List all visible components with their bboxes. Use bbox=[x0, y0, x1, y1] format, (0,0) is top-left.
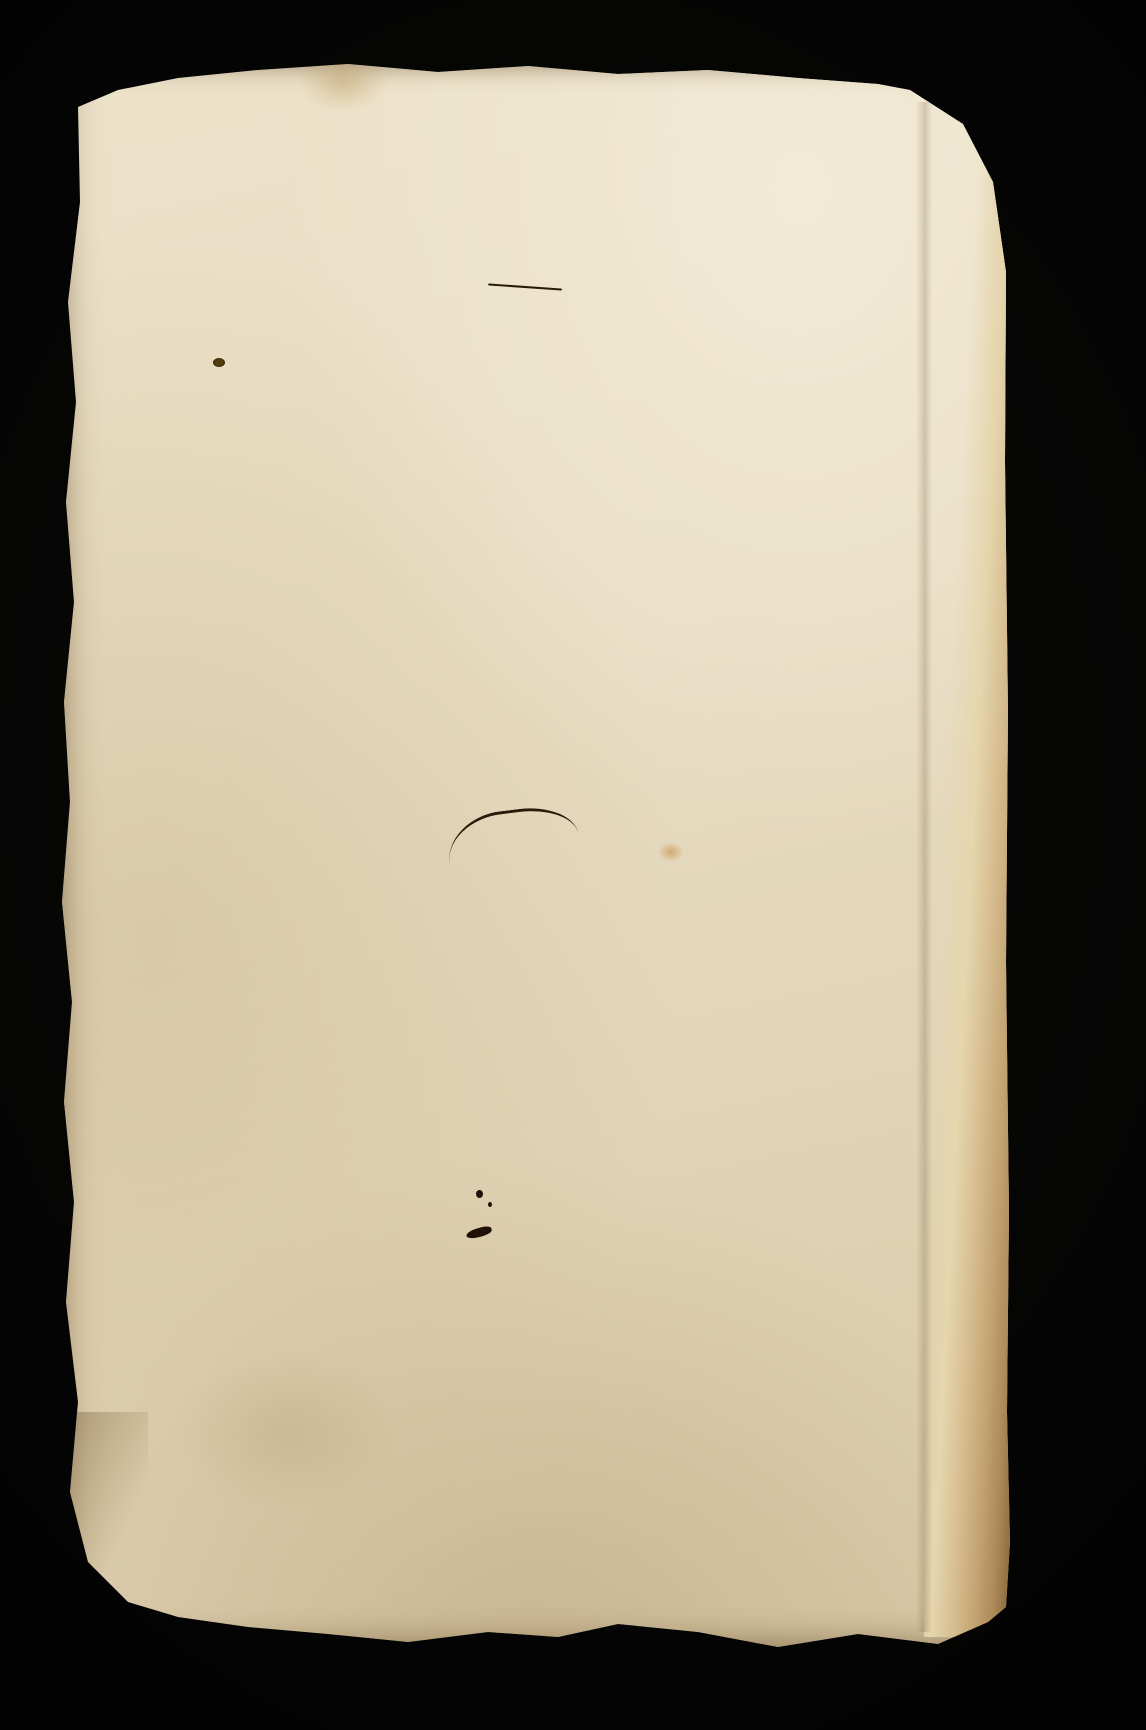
ink-bleedthrough-ghost-lines bbox=[58, 62, 1010, 1647]
ink-blot bbox=[213, 358, 225, 367]
stacked-page-edges bbox=[924, 92, 1010, 1637]
manuscript-photo bbox=[0, 0, 1146, 1730]
ink-dot bbox=[476, 1190, 483, 1198]
manuscript-page bbox=[58, 62, 1010, 1647]
page-fold-crease bbox=[916, 102, 932, 1632]
ink-dot bbox=[488, 1202, 492, 1207]
damaged-corner bbox=[58, 1412, 148, 1647]
